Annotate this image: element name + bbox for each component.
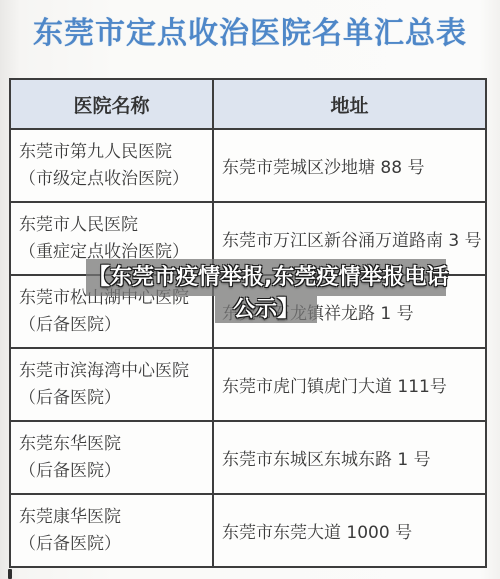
hospital-tag: （后备医院）	[19, 315, 208, 335]
hospital-name: 东莞市人民医院	[19, 215, 208, 235]
page-title: 东莞市定点收治医院名单汇总表	[0, 8, 500, 52]
table-header-row: 医院名称 地址	[11, 80, 485, 130]
hospital-tag: （后备医院）	[19, 461, 208, 481]
hospital-name-cell: 东莞市松山湖中心医院 （后备医院）	[11, 276, 214, 347]
table-row: 东莞康华医院 （后备医院） 东莞市东莞大道 1000 号	[11, 495, 485, 566]
hospital-address-cell: 东莞市莞城区沙地塘 88 号	[214, 130, 485, 201]
hospital-address: 东莞市东城区东城东路 1 号	[222, 445, 431, 470]
hospital-address: 东莞市莞城区沙地塘 88 号	[222, 153, 424, 178]
hospital-address-cell: 东莞市虎门镇虎门大道 111号	[214, 349, 485, 420]
hospital-name-cell: 东莞市人民医院 （重症定点收治医院）	[11, 203, 214, 274]
hospital-address: 东莞市虎门镇虎门大道 111号	[222, 372, 447, 397]
hospital-address: 东莞市万江区新谷涌万道路南 3 号	[222, 226, 482, 251]
hospital-tag: （后备医院）	[19, 534, 208, 554]
hospital-name-cell: 东莞市滨海湾中心医院 （后备医院）	[11, 349, 214, 420]
hospital-address-cell: 东莞市万江区新谷涌万道路南 3 号	[214, 203, 485, 274]
hospital-name: 东莞市松山湖中心医院	[19, 288, 208, 308]
hospital-address-cell: 东莞市东莞大道 1000 号	[214, 495, 485, 566]
hospital-name: 东莞市第九人民医院	[19, 142, 208, 162]
hospital-table: 医院名称 地址 东莞市第九人民医院 （市级定点收治医院） 东莞市莞城区沙地塘 8…	[9, 78, 487, 568]
hospital-address-cell: 东莞市东城区东城东路 1 号	[214, 422, 485, 493]
hospital-tag: （市级定点收治医院）	[19, 169, 208, 189]
header-address: 地址	[214, 80, 485, 128]
hospital-tag: （后备医院）	[19, 388, 208, 408]
table-row: 东莞市第九人民医院 （市级定点收治医院） 东莞市莞城区沙地塘 88 号	[11, 130, 485, 203]
table-row: 东莞市松山湖中心医院 （后备医院） 东莞市石龙镇祥龙路 1 号	[11, 276, 485, 349]
hospital-address: 东莞市东莞大道 1000 号	[222, 518, 412, 543]
hospital-address: 东莞市石龙镇祥龙路 1 号	[222, 299, 414, 324]
hospital-name-cell: 东莞东华医院 （后备医院）	[11, 422, 214, 493]
header-hospital-name: 医院名称	[11, 80, 214, 128]
table-row: 东莞东华医院 （后备医院） 东莞市东城区东城东路 1 号	[11, 422, 485, 495]
hospital-name-cell: 东莞康华医院 （后备医院）	[11, 495, 214, 566]
hospital-address-cell: 东莞市石龙镇祥龙路 1 号	[214, 276, 485, 347]
hospital-name-cell: 东莞市第九人民医院 （市级定点收治医院）	[11, 130, 214, 201]
table-row: 东莞市人民医院 （重症定点收治医院） 东莞市万江区新谷涌万道路南 3 号	[11, 203, 485, 276]
table-row: 东莞市滨海湾中心医院 （后备医院） 东莞市虎门镇虎门大道 111号	[11, 349, 485, 422]
hospital-name: 东莞市滨海湾中心医院	[19, 361, 208, 381]
hospital-name: 东莞东华医院	[19, 434, 208, 454]
page-background: 东莞市定点收治医院名单汇总表 医院名称 地址 东莞市第九人民医院 （市级定点收治…	[0, 0, 500, 579]
bottom-left-artifact	[8, 569, 12, 579]
hospital-name: 东莞康华医院	[19, 507, 208, 527]
hospital-tag: （重症定点收治医院）	[19, 242, 208, 262]
